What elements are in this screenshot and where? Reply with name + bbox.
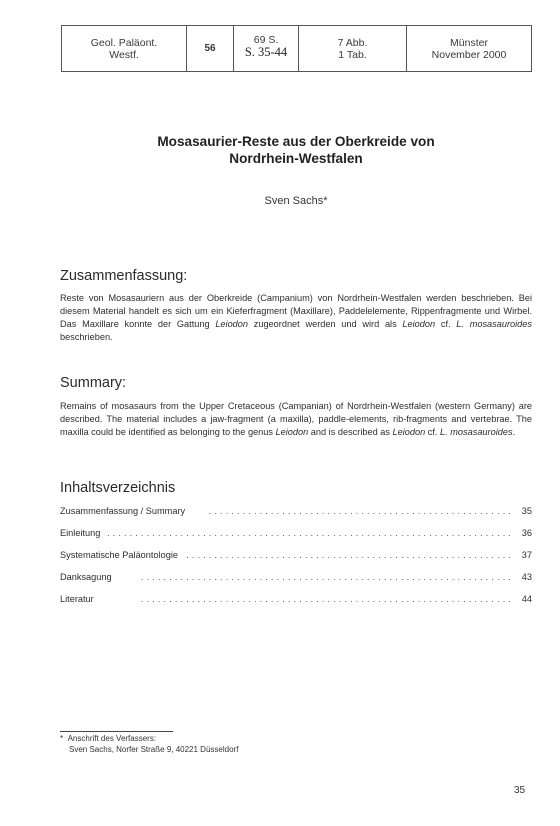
footnote-line-1: Anschrift des Verfassers:	[68, 734, 156, 743]
footnote-rule	[60, 731, 173, 732]
journal-line-2: Westf.	[109, 49, 139, 61]
toc-page: 35	[522, 505, 532, 518]
toc-label: Einleitung	[60, 527, 104, 540]
author: Sven Sachs*	[60, 195, 532, 207]
dot-leader: ........................................…	[138, 571, 514, 584]
title-line-2: Nordrhein-Westfalen	[60, 150, 532, 167]
title-line-1: Mosasaurier-Reste aus der Oberkreide von	[60, 133, 532, 150]
page-number: 35	[514, 785, 525, 796]
footnote-marker: *	[60, 734, 63, 743]
toc-entry: ........................................…	[60, 505, 532, 518]
toc-label: Danksagung	[60, 571, 116, 584]
figures-cell: 7 Abb. 1 Tab.	[299, 26, 407, 71]
date: November 2000	[432, 49, 507, 61]
toc-entry: ........................................…	[60, 549, 532, 562]
dot-leader: ........................................…	[184, 549, 514, 562]
dot-leader: ........................................…	[106, 527, 514, 540]
volume-cell: 56	[187, 26, 234, 71]
volume: 56	[204, 43, 215, 55]
toc-label: Zusammenfassung / Summary	[60, 505, 189, 518]
pages-total: 69 S.	[254, 34, 279, 46]
toc-entry: ........................................…	[60, 593, 532, 606]
toc-page: 36	[522, 527, 532, 540]
zusammenfassung-heading: Zusammenfassung:	[60, 268, 187, 284]
footnote: * Anschrift des Verfassers: Sven Sachs, …	[60, 734, 238, 755]
header-table: Geol. Paläont. Westf. 56 69 S. S. 35-44 …	[61, 25, 532, 72]
footnote-line-2: Sven Sachs, Norfer Straße 9, 40221 Düsse…	[60, 745, 238, 756]
toc-label: Literatur	[60, 593, 98, 606]
summary-text: Remains of mosasaurs from the Upper Cret…	[60, 400, 532, 439]
figures-count: 7 Abb.	[338, 37, 368, 49]
toc-heading: Inhaltsverzeichnis	[60, 480, 175, 496]
dot-leader: ........................................…	[138, 593, 514, 606]
place: Münster	[450, 37, 488, 49]
tables-count: 1 Tab.	[338, 49, 366, 61]
toc-page: 37	[522, 549, 532, 562]
pages-range: S. 35-44	[245, 46, 287, 59]
dot-leader: ........................................…	[206, 505, 514, 518]
toc-page: 43	[522, 571, 532, 584]
zusammenfassung-text: Reste von Mosasauriern aus der Oberkreid…	[60, 292, 532, 344]
toc-entry: ........................................…	[60, 571, 532, 584]
toc-page: 44	[522, 593, 532, 606]
article-title: Mosasaurier-Reste aus der Oberkreide von…	[60, 133, 532, 167]
journal-cell: Geol. Paläont. Westf.	[62, 26, 187, 71]
summary-heading: Summary:	[60, 375, 126, 391]
toc-label: Systematische Paläontologie	[60, 549, 182, 562]
journal-line-1: Geol. Paläont.	[91, 37, 158, 49]
pages-cell: 69 S. S. 35-44	[234, 26, 299, 71]
toc-entry: ........................................…	[60, 527, 532, 540]
place-date-cell: Münster November 2000	[407, 26, 531, 71]
